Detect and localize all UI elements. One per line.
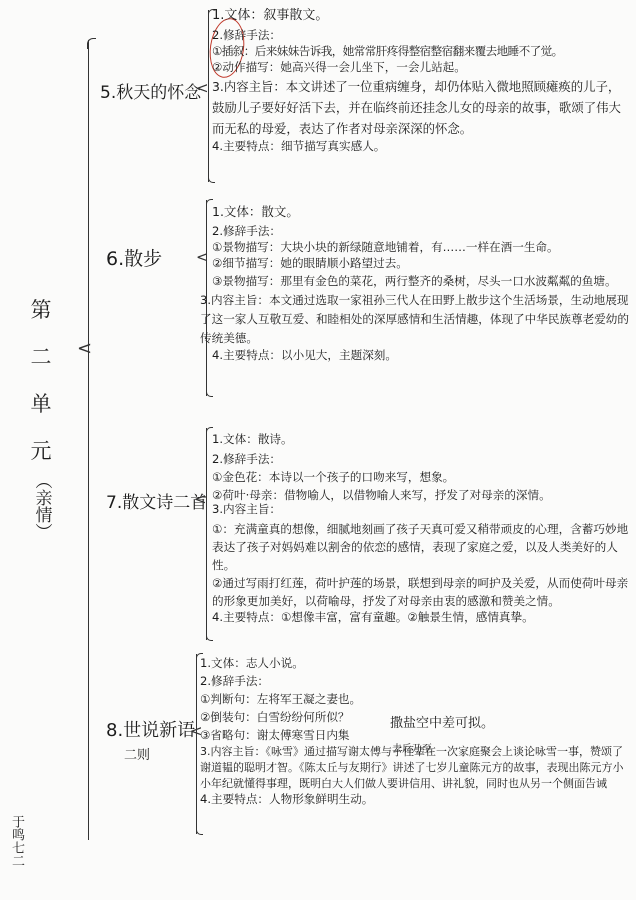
- section-title: 8.世说新语: [106, 716, 195, 742]
- note-line: 4.主要特点：以小见大，主题深刻。: [212, 348, 632, 362]
- unit-title-char: 第: [31, 300, 52, 321]
- unit-subtitle: （亲情）: [33, 472, 50, 540]
- main-bracket: [88, 40, 95, 840]
- note-line: ③景物描写：那里有金色的菜花，两行整齐的桑树，尽头一口水波粼粼的鱼塘。: [212, 272, 632, 291]
- unit-title-char: 二: [31, 347, 52, 368]
- note-line: 4.主要特点：①想像丰富，富有童趣。②触景生情，感情真挚。: [212, 610, 632, 624]
- note-line: 1.文体：散文。: [212, 204, 632, 224]
- bracket-point-icon: <: [77, 338, 92, 359]
- unit-title-char: 单: [31, 394, 52, 415]
- note-line: 2.修辞手法：: [200, 674, 632, 692]
- section-brace: [196, 654, 197, 834]
- side-note: 撒盐空中差可拟。: [390, 712, 494, 731]
- note-line: ②通过写雨打红莲，荷叶护莲的场景，联想到母亲的呵护及关爱，从而使荷叶母亲的形象更…: [212, 574, 632, 610]
- note-line: 4.主要特点：人物形象鲜明生动。: [200, 792, 632, 806]
- section-title: 7.散文诗二首: [106, 488, 207, 513]
- note-line: ①金色花：本诗以一个孩子的口吻来写，想象。: [212, 470, 632, 488]
- side-note: 去后乃至: [392, 740, 432, 755]
- note-line: 4.主要特点：细节描写真实感人。: [212, 139, 632, 153]
- section-lines: 1.文体：散诗。 2.修辞手法： ①金色花：本诗以一个孩子的口吻来写，想象。 ②…: [212, 432, 632, 624]
- note-line: ②细节描写：她的眼睛顺小路望过去。: [212, 256, 632, 272]
- note-line: ②荷叶·母亲：借物喻人，以借物喻人来写，抒发了对母亲的深情。: [212, 488, 632, 502]
- brace-point-icon: <: [194, 490, 207, 508]
- note-line: 1.文体：志人小说。: [200, 656, 632, 674]
- notes-page: 第 二 单 元 （亲情） 于鸣七二 < 5.秋天的怀念 < 1.文体：叙事散文。…: [0, 0, 636, 900]
- author-signature: 于鸣七二: [10, 815, 26, 867]
- note-line: 2.修辞手法：: [212, 28, 632, 44]
- section-title: 6.散步: [106, 244, 162, 271]
- note-line: ①：充满童真的想像，细腻地刻画了孩子天真可爱又稍带顽皮的心理，含蓄巧妙地表达了孩…: [212, 520, 632, 574]
- note-line: 2.修辞手法：: [212, 452, 632, 470]
- unit-title-char: 元: [31, 441, 52, 462]
- note-line: 3.内容主旨：: [212, 502, 632, 520]
- section-title: 5.秋天的怀念: [100, 78, 201, 103]
- note-line: ①插叙：后来妹妹告诉我，她常常肝疼得整宿整宿翻来覆去地睡不了觉。: [212, 44, 632, 60]
- section-lines: 1.文体：叙事散文。 2.修辞手法： ①插叙：后来妹妹告诉我，她常常肝疼得整宿整…: [212, 8, 632, 153]
- section-subtitle: 二则: [124, 744, 150, 763]
- note-line: 1.文体：散诗。: [212, 432, 632, 452]
- note-line: 3.内容主旨：本文讲述了一位重病缠身，却仍体贴入微地照顾瘫痪的儿子，鼓励儿子要好…: [212, 76, 632, 139]
- note-line: 3.内容主旨：本文通过选取一家祖孙三代人在田野上散步这个生活场景，生动地展现了这…: [200, 291, 632, 348]
- brace-point-icon: <: [196, 79, 209, 97]
- note-line: ①判断句：左将军王凝之妻也。: [200, 692, 632, 710]
- section-brace: [208, 10, 209, 182]
- section-brace: [206, 428, 207, 640]
- section-lines: 1.文体：散文。 2.修辞手法： ①景物描写：大块小块的新绿随意地铺着，有……一…: [212, 204, 632, 362]
- unit-title: 第 二 单 元 （亲情）: [26, 300, 56, 544]
- note-line: ①景物描写：大块小块的新绿随意地铺着，有……一样在酒一生命。: [212, 240, 632, 256]
- note-line: ②动作描写：她高兴得一会儿坐下，一会儿站起。: [212, 60, 632, 76]
- note-line: 1.文体：叙事散文。: [212, 8, 632, 28]
- note-line: 2.修辞手法：: [212, 224, 632, 240]
- section-lines: 1.文体：志人小说。 2.修辞手法： ①判断句：左将军王凝之妻也。 ②倒装句：白…: [200, 656, 632, 806]
